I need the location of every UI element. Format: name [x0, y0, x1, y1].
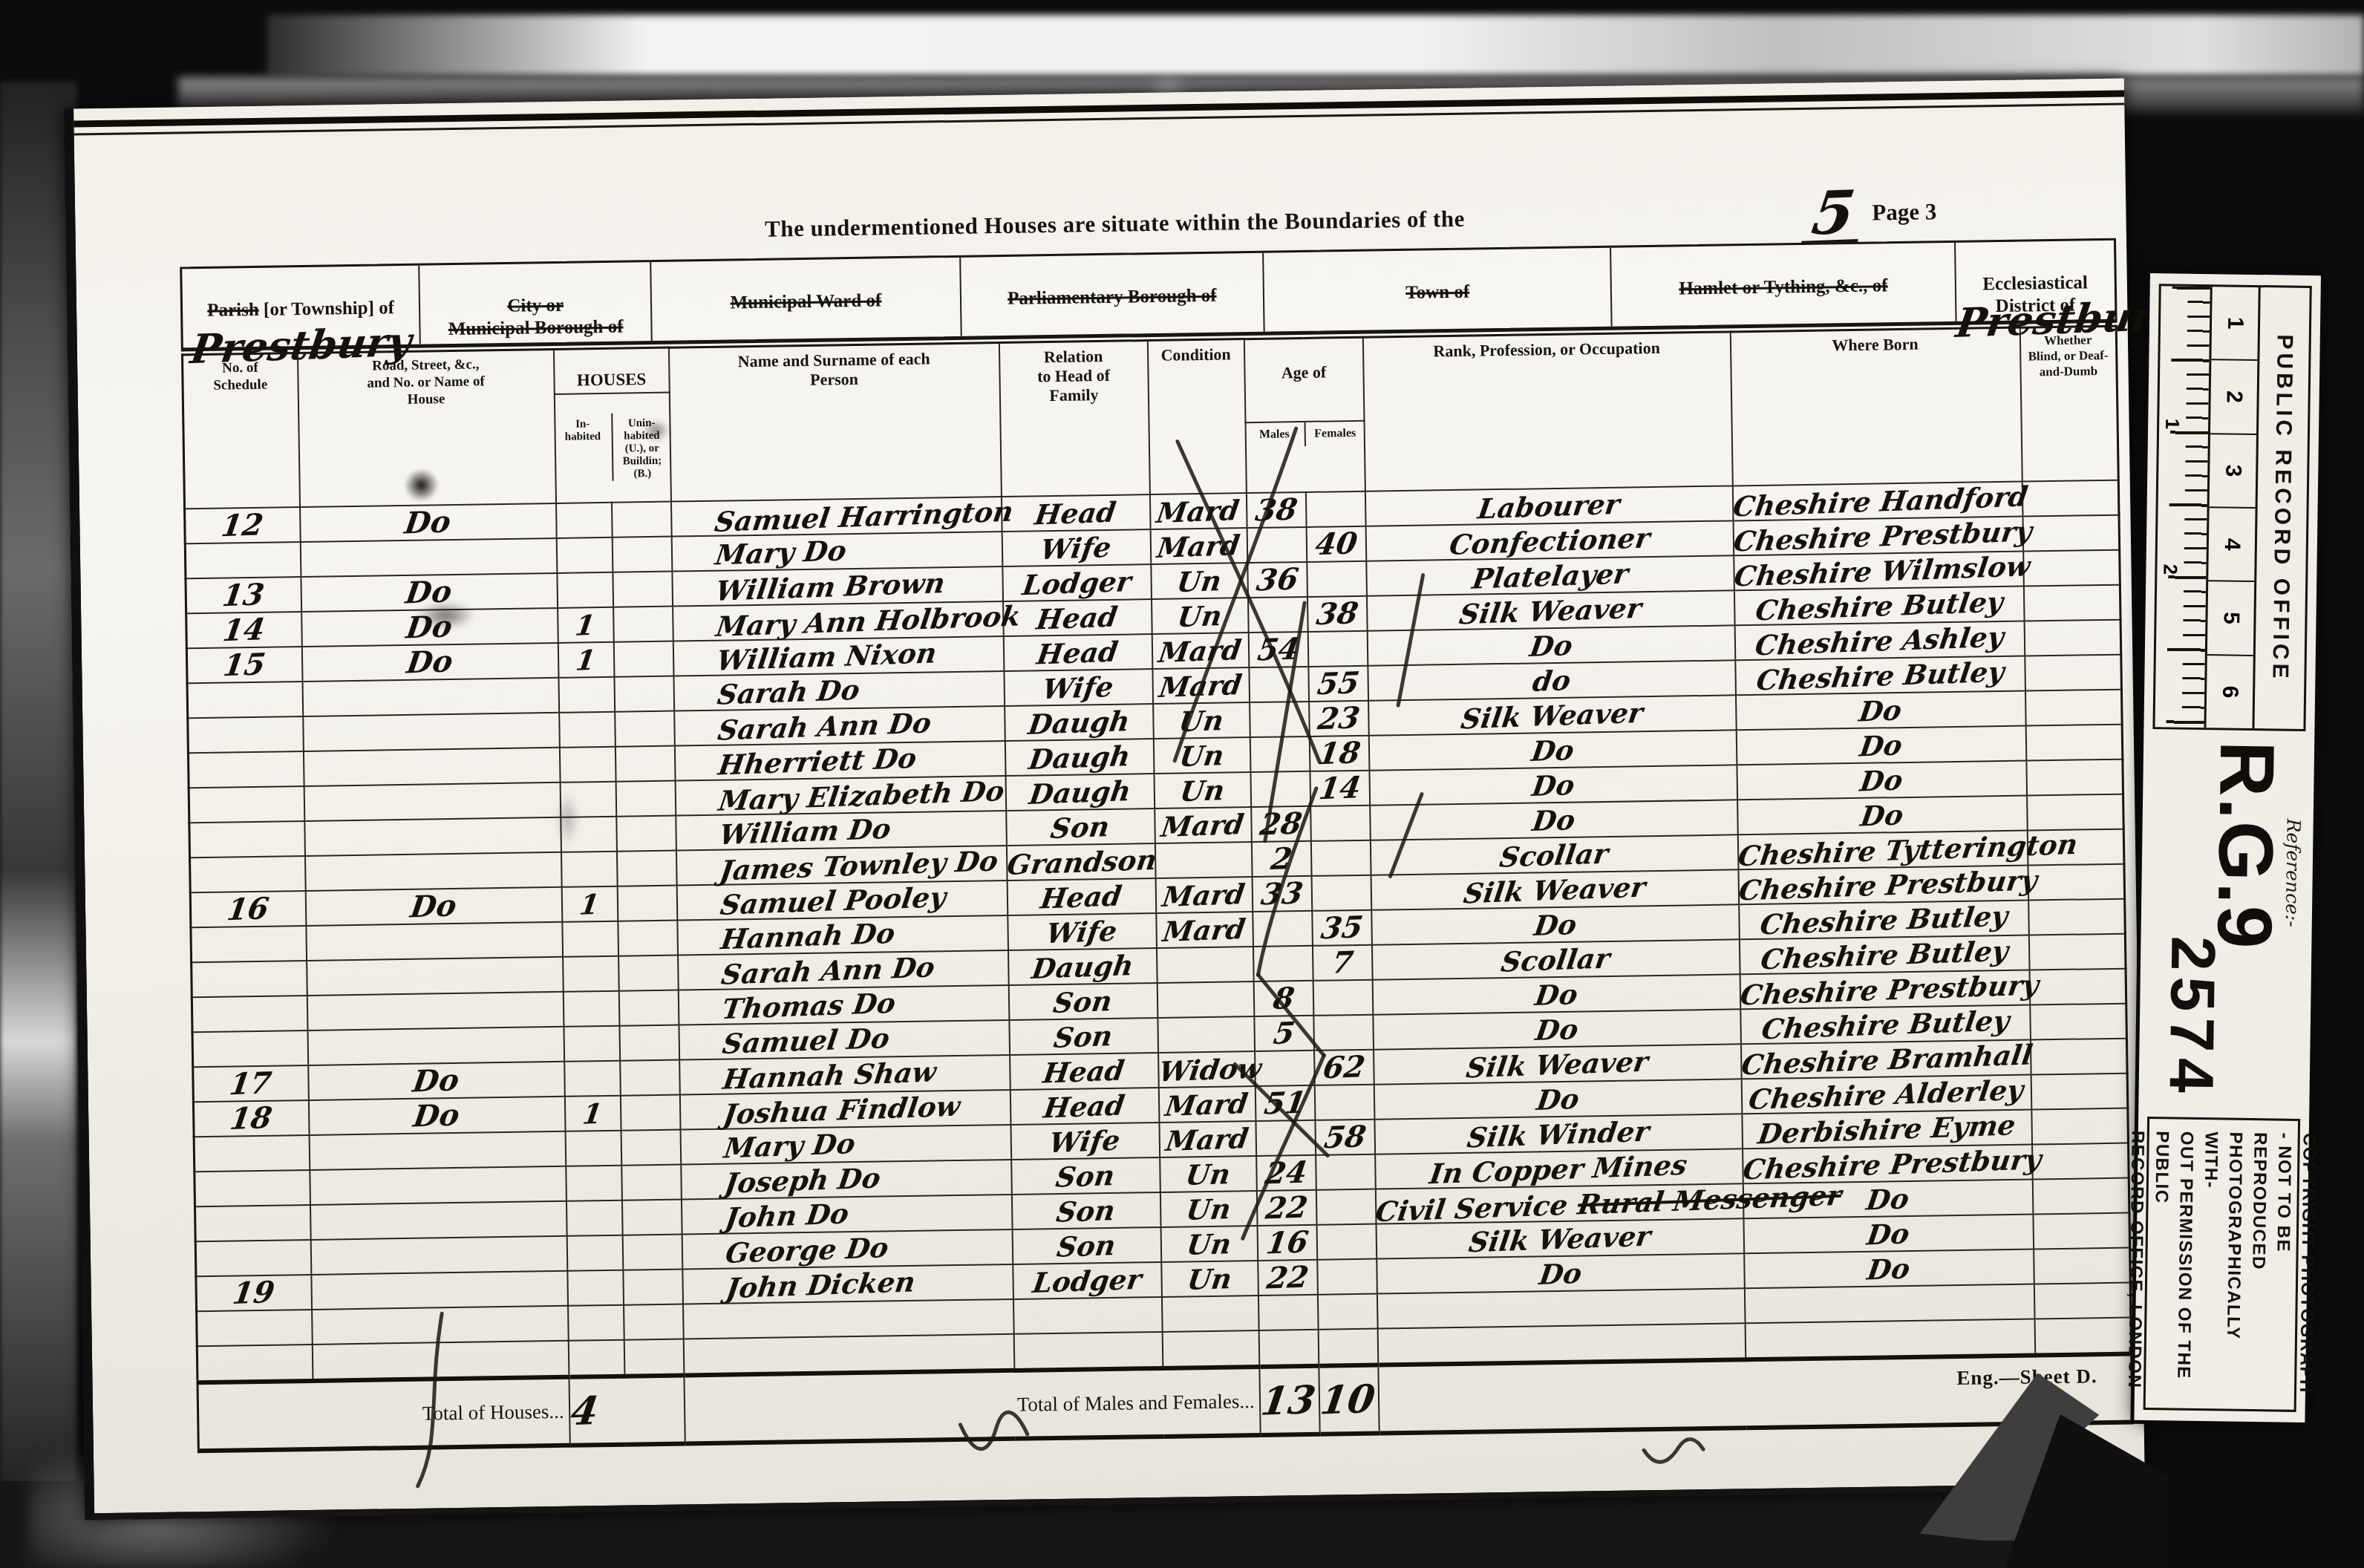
cell-female: [1318, 1329, 1378, 1366]
cell-road: [307, 992, 564, 1030]
cell-born: Do: [1737, 761, 2027, 800]
cell-uninhabited: [618, 955, 679, 991]
cell-born: Cheshire Butley: [1734, 587, 2024, 626]
cell-condition: Mard: [1152, 633, 1249, 669]
cell-female: [1314, 1085, 1374, 1120]
cell-schedule: [188, 716, 304, 753]
cell-name: [683, 1299, 1014, 1339]
cell-female: [1310, 806, 1371, 841]
cell-born: Cheshire Tytterington: [1737, 831, 2028, 870]
cell-name: James Townley Do: [676, 846, 1007, 886]
cell-schedule: [191, 926, 307, 962]
cell-uninhabited: [621, 1165, 682, 1200]
cell-uninhabited: [620, 1095, 680, 1131]
col-header-born: Where Born: [1730, 327, 2022, 486]
cell-name: Mary Elizabeth Do: [675, 776, 1006, 816]
page-number-label: Page 3: [1872, 197, 2021, 226]
cell-female: 18: [1309, 736, 1369, 771]
cell-name: George Do: [682, 1229, 1013, 1270]
cell-blind: [2034, 1283, 2131, 1319]
cell-blind: [2033, 1213, 2130, 1249]
cell-relation: Daugh: [1005, 739, 1154, 776]
col-header-blind: Whether Blind, or Deaf- and-Dumb: [2019, 326, 2118, 481]
cell-condition: Un: [1161, 1261, 1258, 1297]
ruler-number: 6: [2206, 656, 2253, 728]
cell-inhabited: 1: [561, 886, 618, 922]
microfilm-scan: { "page": { "title_line": "The underment…: [0, 0, 2364, 1568]
census-page: The undermentioned Houses are situate wi…: [64, 79, 2145, 1520]
cell-schedule: 17: [193, 1065, 309, 1102]
cell-blind: [2023, 550, 2120, 587]
cell-female: [1307, 631, 1368, 667]
cell-blind: [2023, 585, 2120, 621]
cell-road: [307, 957, 564, 996]
cell-uninhabited: [618, 990, 679, 1026]
page-title: The undermentioned Houses are situate wi…: [535, 202, 1694, 246]
cell-condition: [1156, 947, 1253, 983]
cell-female: [1310, 840, 1371, 876]
cell-condition: Mard: [1150, 528, 1247, 564]
cell-born: Cheshire Alderley: [1741, 1075, 2031, 1114]
cell-blind: [2029, 969, 2126, 1005]
cell-condition: Un: [1153, 737, 1250, 774]
cell-blind: [2027, 794, 2124, 831]
cell-born: [1744, 1284, 2034, 1324]
cell-schedule: 13: [186, 577, 301, 613]
cell-schedule: [187, 682, 303, 718]
cell-female: 14: [1310, 771, 1370, 806]
total-males-value: 13: [1259, 1366, 1319, 1435]
cell-inhabited: [567, 1270, 624, 1306]
cell-uninhabited: [621, 1130, 681, 1166]
cell-blind: [2030, 1004, 2127, 1040]
cell-schedule: [197, 1345, 313, 1382]
cell-road: [304, 783, 561, 821]
ruler-number: 5: [2207, 581, 2254, 656]
cell-blind: [2028, 899, 2126, 935]
piece-number-stamp: 2574: [2155, 935, 2229, 1107]
cell-born: Do: [1736, 726, 2026, 765]
cell-schedule: [185, 542, 301, 578]
cell-relation: Head: [1003, 599, 1152, 636]
cell-occupation: Labourer: [1365, 486, 1733, 526]
cell-uninhabited: [613, 572, 673, 607]
cell-uninhabited: [618, 921, 678, 956]
cell-born: Cheshire Butley: [1740, 1005, 2031, 1045]
cell-condition: Mard: [1155, 877, 1253, 913]
cell-name: Thomas Do: [678, 985, 1009, 1025]
cell-condition: Un: [1160, 1191, 1257, 1227]
cell-inhabited: [565, 1131, 621, 1166]
cell-born: Do: [1744, 1249, 2034, 1289]
ward-label-struck: Municipal Ward of: [730, 290, 881, 313]
cell-blind: [2034, 1318, 2132, 1356]
cell-male: [1250, 771, 1310, 807]
cell-schedule: [190, 856, 306, 892]
ruler-number: 3: [2210, 434, 2256, 509]
col-header-females: Females: [1305, 422, 1365, 446]
cell-female: [1313, 1015, 1374, 1051]
cell-road: [300, 538, 557, 577]
cell-uninhabited: [616, 816, 676, 852]
col-header-schedule: No. of Schedule: [182, 353, 299, 509]
cell-relation: Lodger: [1002, 564, 1152, 601]
cell-female: [1307, 561, 1367, 597]
cell-born: Cheshire Prestbury: [1740, 970, 2030, 1010]
cell-condition: Mard: [1149, 493, 1247, 529]
cell-relation: Son: [1011, 1192, 1160, 1229]
cell-uninhabited: [624, 1304, 684, 1340]
cell-road: Do: [308, 1097, 565, 1135]
cell-inhabited: 1: [564, 1096, 621, 1131]
cell-name: Samuel Do: [679, 1020, 1010, 1060]
cell-female: 7: [1312, 945, 1372, 981]
copyright-box: COPYRIGHT PHOTOGRAPH - NOT TO BE REPRODU…: [2143, 1117, 2300, 1412]
cell-occupation: Confectioner: [1365, 520, 1734, 561]
census-table: No. of Schedule Road, Street, &c., and N…: [181, 325, 2134, 1454]
col-header-inhabited: In- habited: [554, 414, 614, 482]
cell-relation: Daugh: [1005, 774, 1155, 811]
cell-male: 22: [1256, 1190, 1316, 1226]
cell-occupation: Do: [1369, 765, 1737, 805]
cell-male: [1248, 597, 1308, 633]
parish-label-struck: Parish: [207, 300, 259, 321]
cell-uninhabited: [613, 641, 673, 677]
cell-schedule: [188, 751, 304, 788]
cell-relation: Grandson: [1006, 843, 1155, 881]
cell-relation: Head: [1003, 634, 1152, 671]
cell-born: Cheshire Butley: [1735, 656, 2025, 696]
cell-name: Sarah Ann Do: [678, 950, 1009, 990]
ruler-inch-number: 1: [2161, 418, 2184, 429]
reference-strip: PUBLIC RECORD OFFICE 1 2 3 4 5 6 1 2 Ref…: [2150, 273, 2321, 1420]
cell-blind: [2022, 480, 2119, 517]
record-class: R.G.9: [2207, 740, 2284, 927]
cell-schedule: [197, 1310, 313, 1346]
cell-condition: Un: [1154, 772, 1251, 808]
cell-uninhabited: [620, 1060, 680, 1096]
cell-uninhabited: [616, 781, 676, 817]
cell-inhabited: [561, 852, 617, 887]
cell-male: [1253, 946, 1313, 981]
cell-name: John Dicken: [682, 1264, 1013, 1304]
cell-road: [306, 922, 563, 961]
cell-inhabited: [563, 956, 619, 992]
cell-blind: [2025, 725, 2123, 761]
cell-occupation: [1377, 1323, 1746, 1365]
cell-inhabited: [559, 712, 616, 748]
cell-relation: Head: [1010, 1053, 1159, 1090]
ruler-inch-number: 2: [2158, 563, 2181, 575]
cell-inhabited: 1: [558, 642, 614, 678]
cell-relation: Son: [1006, 808, 1155, 846]
cell-relation: Wife: [1008, 913, 1157, 950]
cell-uninhabited: [617, 886, 677, 921]
cell-inhabited: [564, 1026, 620, 1062]
cell-name: [683, 1334, 1014, 1376]
cell-name: Sarah Do: [673, 671, 1005, 711]
cell-born: [1745, 1319, 2035, 1359]
cell-occupation: Platelayer: [1366, 555, 1734, 595]
cell-female: [1317, 1294, 1377, 1330]
cell-occupation: Scollar: [1370, 834, 1738, 875]
cell-male: 5: [1254, 1016, 1314, 1051]
district-cell-ward: Municipal Ward of: [651, 258, 961, 341]
cell-female: 40: [1306, 526, 1366, 562]
cell-blind: [2028, 934, 2126, 970]
cell-schedule: [195, 1240, 311, 1276]
parish-label: [or Township] of: [259, 298, 395, 320]
col-header-condition: Condition: [1147, 339, 1246, 494]
cell-condition: Mard: [1155, 807, 1252, 843]
cell-road: [303, 748, 560, 786]
cell-born: Do: [1736, 691, 2026, 731]
cell-condition: Mard: [1156, 912, 1253, 948]
cell-female: [1316, 1189, 1376, 1225]
cell-road: Do: [301, 643, 558, 682]
cell-male: [1247, 527, 1307, 563]
cell-schedule: 15: [186, 647, 302, 683]
cell-male: [1258, 1295, 1318, 1330]
cell-uninhabited: [619, 1025, 679, 1061]
cell-inhabited: [566, 1200, 622, 1236]
cell-inhabited: [564, 1061, 621, 1097]
census-table-header: No. of Schedule Road, Street, &c., and N…: [182, 326, 2118, 509]
cell-condition: [1161, 1296, 1258, 1332]
cell-schedule: 16: [190, 891, 306, 927]
census-table-body: 12DoSamuel HarringtonHeadMard38LabourerC…: [185, 480, 2132, 1383]
cell-male: 8: [1253, 981, 1313, 1016]
cell-condition: Mard: [1152, 667, 1250, 704]
cell-relation: Head: [1001, 494, 1150, 532]
handwritten-page-number: 5: [1801, 184, 1866, 245]
cell-relation: Son: [1012, 1227, 1161, 1264]
cell-uninhabited: [622, 1235, 682, 1270]
cell-relation: Daugh: [1005, 704, 1154, 741]
cell-female: 23: [1309, 701, 1369, 736]
cell-male: [1256, 1120, 1316, 1156]
cell-male: 33: [1252, 876, 1312, 912]
film-left-edge: [0, 82, 77, 1515]
cell-inhabited: [562, 921, 618, 957]
cell-occupation: Do: [1367, 625, 1735, 665]
district-cell-city: City or Municipal Borough of: [419, 262, 653, 344]
cell-name: Sarah Ann Do: [674, 706, 1005, 746]
cell-name: William Brown: [672, 566, 1003, 607]
cell-condition: Un: [1151, 563, 1248, 599]
total-males-females-label: Total of Males and Females...: [684, 1367, 1260, 1443]
cell-relation: Wife: [1010, 1123, 1160, 1160]
office-name-label: PUBLIC RECORD OFFICE: [2254, 287, 2309, 729]
cell-occupation: Scollar: [1371, 939, 1740, 979]
cell-born: Cheshire Ashley: [1734, 621, 2025, 661]
cell-condition: Widow: [1158, 1051, 1256, 1088]
cell-male: 2: [1251, 841, 1311, 877]
cell-blind: [2030, 1039, 2127, 1075]
ruler-number: 1: [2211, 287, 2258, 361]
cell-blind: [2031, 1108, 2129, 1145]
cell-female: 38: [1307, 596, 1368, 632]
cell-female: [1316, 1154, 1376, 1190]
cell-female: 55: [1308, 666, 1368, 702]
cell-schedule: 12: [185, 507, 301, 543]
cell-name: Joseph Do: [681, 1160, 1012, 1200]
district-cell-parish: Parish [or Township] of Prestbury: [182, 266, 421, 348]
cell-male: 54: [1248, 632, 1308, 667]
cell-occupation: Silk Weaver: [1374, 1044, 1742, 1084]
town-label-struck: Town of: [1405, 282, 1469, 303]
cell-occupation: [1377, 1288, 1745, 1328]
cell-male: [1258, 1330, 1319, 1367]
cell-female: 62: [1314, 1050, 1374, 1085]
cell-road: [304, 817, 561, 856]
cell-condition: [1157, 981, 1254, 1018]
cell-inhabited: [563, 991, 619, 1027]
district-cell-hamlet: Hamlet or Tything, &c., of: [1611, 243, 1956, 327]
cell-road: [303, 713, 560, 751]
cell-uninhabited: [612, 537, 672, 572]
cell-male: [1249, 667, 1309, 702]
cell-inhabited: [566, 1235, 623, 1271]
cell-schedule: [195, 1170, 310, 1206]
cell-condition: Mard: [1158, 1086, 1256, 1123]
cell-female: [1305, 491, 1365, 527]
cell-road: [307, 1027, 564, 1065]
cell-occupation: do: [1368, 660, 1736, 700]
cell-occupation: Silk Weaver: [1368, 695, 1737, 735]
col-header-age: Age of Males Females: [1244, 337, 1365, 493]
total-houses-label: Total of Houses...: [197, 1377, 569, 1451]
cell-relation: Lodger: [1013, 1262, 1162, 1299]
cell-female: 35: [1312, 910, 1372, 946]
cell-male: 36: [1247, 562, 1307, 598]
cell-occupation: Do: [1377, 1253, 1745, 1293]
cell-blind: [2024, 620, 2121, 656]
district-cell-parliamentary: Parliamentary Borough of: [961, 253, 1265, 336]
cell-occupation: Silk Weaver: [1367, 590, 1735, 630]
cell-occupation: Do: [1370, 800, 1738, 840]
cell-male: 22: [1258, 1260, 1318, 1296]
ruler-number: 2: [2210, 360, 2257, 434]
cell-relation: Wife: [1002, 529, 1151, 566]
cell-female: [1316, 1224, 1377, 1260]
cell-born: Derbishire Eyme: [1742, 1110, 2032, 1149]
cell-relation: Daugh: [1008, 948, 1157, 985]
cell-blind: [2022, 515, 2120, 552]
cell-blind: [2025, 690, 2123, 726]
cell-road: [310, 1236, 567, 1275]
copyright-text: COPYRIGHT PHOTOGRAPH - NOT TO BE REPRODU…: [2122, 1131, 2322, 1399]
total-houses-value: 4: [569, 1375, 685, 1445]
cell-name: Hannah Do: [677, 915, 1008, 955]
cell-road: [302, 678, 559, 716]
cell-uninhabited: [615, 711, 675, 747]
cell-uninhabited: [614, 676, 674, 712]
district-cell-ecclesiastical: Ecclesiastical District of Prestbury: [1956, 241, 2115, 321]
cell-relation: Head: [1007, 878, 1156, 915]
cell-condition: Un: [1153, 702, 1250, 739]
cell-occupation: Do: [1372, 974, 1740, 1014]
col-header-occupation: Rank, Profession, or Occupation: [1362, 332, 1732, 491]
cell-male: [1253, 911, 1313, 947]
cell-name: Hannah Shaw: [679, 1055, 1010, 1095]
ruler-ticks: 1 2: [2155, 286, 2210, 728]
cell-condition: Un: [1160, 1226, 1258, 1262]
cell-road: [309, 1131, 566, 1170]
cell-born: Cheshire Butley: [1739, 901, 2029, 940]
col-header-males: Males: [1244, 422, 1305, 447]
cell-schedule: 18: [193, 1100, 309, 1137]
cell-uninhabited: [615, 746, 675, 782]
cell-road: Do: [300, 503, 557, 542]
cell-condition: Un: [1160, 1156, 1257, 1192]
cell-name: John Do: [681, 1195, 1012, 1235]
cell-blind: [2031, 1074, 2128, 1110]
cell-name: Samuel Harrington: [671, 497, 1002, 537]
cell-schedule: 14: [186, 612, 302, 648]
cell-inhabited: [568, 1340, 624, 1377]
cell-schedule: [195, 1205, 311, 1241]
cell-condition: Mard: [1159, 1121, 1256, 1157]
ruler-numbers: 1 2 3 4 5 6: [2204, 287, 2260, 728]
cell-male: 24: [1256, 1155, 1316, 1191]
cell-occupation: Do: [1371, 904, 1740, 944]
cell-inhabited: [566, 1166, 622, 1201]
cell-blind: [2025, 655, 2122, 691]
cell-inhabited: [558, 677, 615, 713]
cell-occupation: In Copper Mines: [1375, 1149, 1743, 1189]
col-header-name: Name and Surname of each Person: [668, 343, 1001, 502]
cell-born: Cheshire Bramhall: [1741, 1040, 2031, 1079]
cell-condition: [1155, 842, 1252, 878]
cell-condition: Un: [1152, 598, 1249, 634]
cell-blind: [2028, 864, 2125, 901]
cell-uninhabited: [624, 1339, 684, 1376]
cell-relation: [1013, 1332, 1163, 1371]
cell-schedule: [189, 821, 305, 857]
cell-relation: [1013, 1297, 1162, 1334]
cell-female: [1313, 980, 1373, 1016]
film-light-streak: [267, 15, 2364, 76]
district-cell-town: Town of: [1264, 248, 1613, 332]
cell-schedule: [194, 1135, 310, 1172]
cell-relation: Head: [1010, 1088, 1159, 1125]
cell-road: [312, 1306, 569, 1345]
cell-schedule: [192, 961, 307, 997]
cell-male: [1250, 702, 1310, 737]
total-females-value: 10: [1319, 1365, 1379, 1434]
cell-occupation: Do: [1374, 1079, 1742, 1119]
cell-born: Cheshire Handford: [1732, 482, 2022, 521]
cell-inhabited: [557, 572, 613, 608]
cell-occupation: Do: [1368, 730, 1737, 770]
cell-inhabited: [568, 1305, 624, 1341]
hamlet-label-struck: Hamlet or Tything, &c., of: [1679, 275, 1888, 298]
cell-name: Joshua Findlow: [679, 1090, 1010, 1130]
cell-schedule: [192, 996, 307, 1032]
cell-name: Mary Do: [680, 1125, 1011, 1165]
cell-relation: Son: [1011, 1157, 1160, 1195]
cell-relation: Son: [1009, 1018, 1158, 1055]
cell-born: Cheshire Prestbury: [1743, 1145, 2033, 1184]
cell-uninhabited: [616, 851, 676, 886]
cell-blind: [2026, 759, 2123, 796]
cell-name: Mary Ann Holbrook: [673, 601, 1004, 641]
cell-road: Do: [305, 887, 562, 926]
cell-relation: Wife: [1004, 669, 1153, 706]
cell-road: Do: [308, 1062, 565, 1100]
cell-schedule: 19: [196, 1275, 312, 1311]
